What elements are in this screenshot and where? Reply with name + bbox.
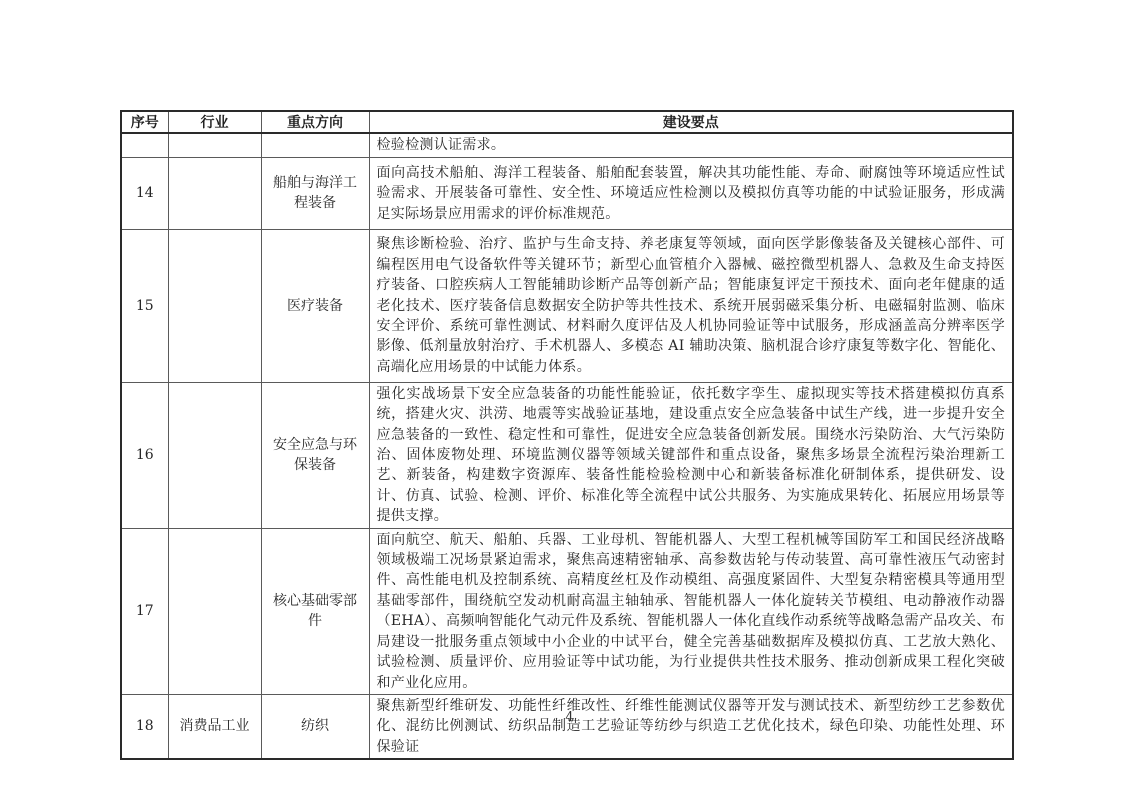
table-header-row: 序号 行业 重点方向 建设要点 (121, 111, 1013, 133)
cell-direction: 船舶与海洋工程装备 (261, 157, 369, 229)
cell-industry (168, 382, 261, 528)
col-header-seq: 序号 (121, 111, 168, 133)
cell-direction: 核心基础零部件 (261, 528, 369, 694)
cell-direction: 医疗装备 (261, 229, 369, 382)
cell-direction: 安全应急与环保装备 (261, 382, 369, 528)
cell-points: 聚焦新型纤维研发、功能性纤维改性、纤维性能测试仪器等开发与测试技术、新型纺纱工艺… (369, 694, 1013, 759)
cell-direction (261, 133, 369, 157)
cell-industry (168, 133, 261, 157)
cell-points: 检验检测认证需求。 (369, 133, 1013, 157)
cell-industry (168, 528, 261, 694)
cell-seq: 17 (121, 528, 168, 694)
cell-seq: 14 (121, 157, 168, 229)
col-header-points: 建设要点 (369, 111, 1013, 133)
col-header-direction: 重点方向 (261, 111, 369, 133)
page-number: 4 (0, 710, 1139, 725)
cell-seq (121, 133, 168, 157)
cell-seq: 18 (121, 694, 168, 759)
table-row-17: 17 核心基础零部件 面向航空、航天、船舶、兵器、工业母机、智能机器人、大型工程… (121, 528, 1013, 694)
table-row-15: 15 医疗装备 聚焦诊断检验、治疗、监护与生命支持、养老康复等领域，面向医学影像… (121, 229, 1013, 382)
cell-industry: 消费品工业 (168, 694, 261, 759)
col-header-industry: 行业 (168, 111, 261, 133)
cell-points: 聚焦诊断检验、治疗、监护与生命支持、养老康复等领域，面向医学影像装备及关键核心部… (369, 229, 1013, 382)
cell-points: 面向高技术船舶、海洋工程装备、船舶配套装置，解决其功能性能、寿命、耐腐蚀等环境适… (369, 157, 1013, 229)
cell-industry (168, 229, 261, 382)
cell-direction: 纺织 (261, 694, 369, 759)
cell-industry (168, 157, 261, 229)
cell-points: 面向航空、航天、船舶、兵器、工业母机、智能机器人、大型工程机械等国防军工和国民经… (369, 528, 1013, 694)
cell-points: 强化实战场景下安全应急装备的功能性能验证，依托数字孪生、虚拟现实等技术搭建模拟仿… (369, 382, 1013, 528)
table-row-18: 18 消费品工业 纺织 聚焦新型纤维研发、功能性纤维改性、纤维性能测试仪器等开发… (121, 694, 1013, 759)
cell-seq: 15 (121, 229, 168, 382)
table-row-continuation: 检验检测认证需求。 (121, 133, 1013, 157)
cell-seq: 16 (121, 382, 168, 528)
table-row-16: 16 安全应急与环保装备 强化实战场景下安全应急装备的功能性能验证，依托数字孪生… (121, 382, 1013, 528)
key-points-table: 序号 行业 重点方向 建设要点 检验检测认证需求。 14 船舶与海洋工程装备 面… (120, 110, 1014, 760)
table-row-14: 14 船舶与海洋工程装备 面向高技术船舶、海洋工程装备、船舶配套装置，解决其功能… (121, 157, 1013, 229)
